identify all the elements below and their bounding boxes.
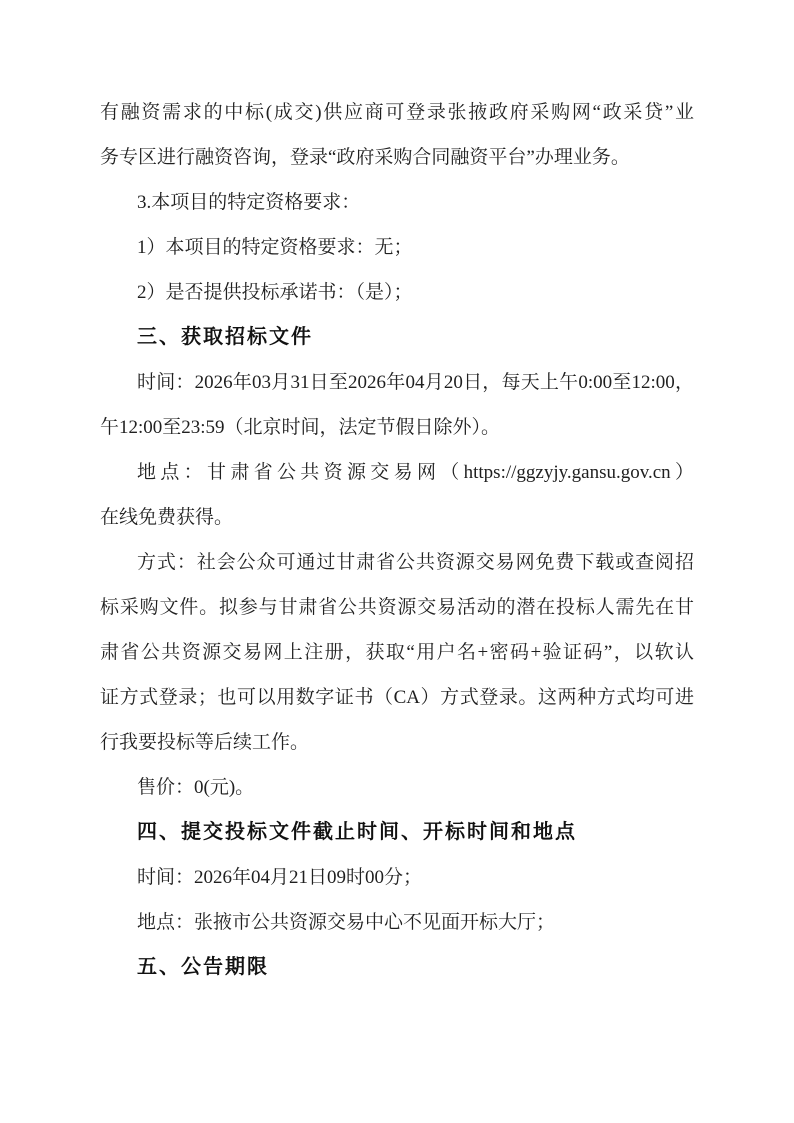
section-heading: 五、公告期限 bbox=[100, 945, 694, 990]
text-line: 肃省公共资源交易网上注册，获取“用户名+密码+验证码”，以软认 bbox=[100, 630, 694, 675]
text-line: 2）是否提供投标承诺书：（是）； bbox=[100, 270, 694, 315]
text-line: 时间：2026年04月21日09时00分； bbox=[100, 855, 694, 900]
text-line: 务专区进行融资咨询，登录“政府采购合同融资平台”办理业务。 bbox=[100, 135, 694, 180]
text-line: 地点：张掖市公共资源交易中心不见面开标大厅； bbox=[100, 900, 694, 945]
text-line: 售价：0(元)。 bbox=[100, 765, 694, 810]
text-line: 行我要投标等后续工作。 bbox=[100, 720, 694, 765]
document-content: 有融资需求的中标(成交)供应商可登录张掖政府采购网“政采贷”业务专区进行融资咨询… bbox=[100, 90, 694, 990]
text-line: 标采购文件。拟参与甘肃省公共资源交易活动的潜在投标人需先在甘 bbox=[100, 585, 694, 630]
text-line: 3.本项目的特定资格要求： bbox=[100, 180, 694, 225]
text-line: 1）本项目的特定资格要求：无； bbox=[100, 225, 694, 270]
section-heading: 三、获取招标文件 bbox=[100, 315, 694, 360]
document-page: 有融资需求的中标(成交)供应商可登录张掖政府采购网“政采贷”业务专区进行融资咨询… bbox=[0, 0, 794, 1123]
text-line: 午12:00至23:59（北京时间，法定节假日除外）。 bbox=[100, 405, 694, 450]
text-line: 地点：甘肃省公共资源交易网（https://ggzyjy.gansu.gov.c… bbox=[100, 450, 694, 495]
text-line: 有融资需求的中标(成交)供应商可登录张掖政府采购网“政采贷”业 bbox=[100, 90, 694, 135]
text-line: 时间：2026年03月31日至2026年04月20日，每天上午0:00至12:0… bbox=[100, 360, 694, 405]
text-line: 在线免费获得。 bbox=[100, 495, 694, 540]
section-heading: 四、提交投标文件截止时间、开标时间和地点 bbox=[100, 810, 694, 855]
text-line: 证方式登录；也可以用数字证书（CA）方式登录。这两种方式均可进 bbox=[100, 675, 694, 720]
text-line: 方式：社会公众可通过甘肃省公共资源交易网免费下载或查阅招 bbox=[100, 540, 694, 585]
